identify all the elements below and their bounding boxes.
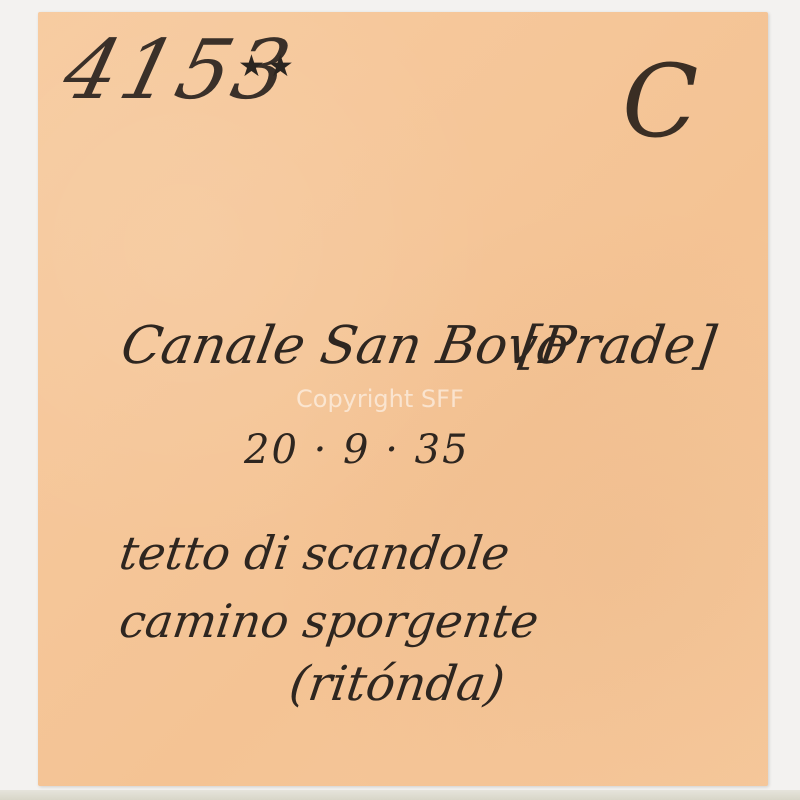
- note-line-chimney: camino sporgente: [117, 598, 542, 644]
- place-name: Canale San Bovo: [117, 320, 572, 372]
- date: 20 · 9 · 35: [244, 430, 470, 470]
- copyright-watermark: Copyright SFF: [296, 385, 464, 413]
- note-line-shape: (ritónda): [287, 660, 508, 708]
- category-letter: C: [622, 52, 699, 152]
- underlying-page-strip: [0, 790, 800, 800]
- star-rating-icon: ★★: [238, 52, 296, 82]
- locality-note: [Prade]: [516, 320, 719, 372]
- note-line-roof: tetto di scandole: [117, 530, 513, 576]
